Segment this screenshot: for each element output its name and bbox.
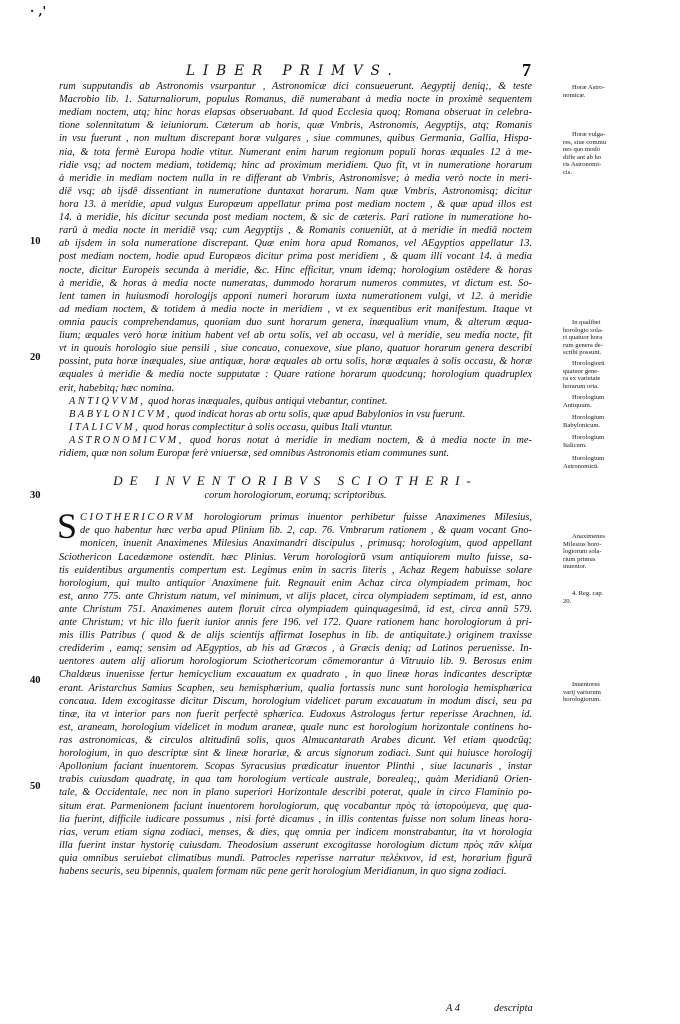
text-line: à meridie, & horas à media nocte numerat… (59, 277, 532, 290)
margin-note-line: nomicæ. (563, 92, 629, 100)
horologium-kinds-list: ANTIQVVM, quod horas inæquales, quibus a… (59, 395, 532, 447)
text-line: lent tamen in huiusmodi horologijs appon… (59, 290, 532, 303)
text-line: Macrobio lib. 1. Saturnaliorum, populus … (59, 93, 532, 106)
text-line: rarū à media nocte in meridiē vsq; cum A… (59, 224, 532, 237)
margin-note-line: Antiquum. (563, 402, 629, 410)
section-hours-text: rum supputandis ab Astronomis vsurpantur… (59, 80, 532, 395)
text-line: nocte, dicitur Europeis secunda à meridi… (59, 264, 532, 277)
margin-note-line: varij variorum (563, 689, 629, 697)
margin-note-line: 20. (563, 598, 629, 606)
text-line: ridie vsq; ad noctem mediam, totidemq; h… (59, 159, 532, 172)
text-line: concaua. Idem excogitasse dicitur Discum… (59, 695, 532, 708)
text-line: uentores autem alij aliorum horologiorum… (59, 655, 532, 668)
margin-note: Inuentoresvarij variorumhorologiorum. (563, 681, 629, 704)
margin-note-line: rum genera de- (563, 342, 629, 350)
margin-note-line: cis. (563, 169, 629, 177)
text-line: nia, & tota fermè Europa hodie vtitur. N… (59, 146, 532, 159)
margin-note-line: Horologium (563, 434, 629, 442)
text-line: tione solennitatum & ieiuniorum. Cæterum… (59, 119, 532, 132)
margin-note-line: In qualibet (563, 319, 629, 327)
margin-note: In qualibethorologio sola-ri quatuor hor… (563, 319, 629, 357)
text-line: Sciothericon Lacedæmone ostendit. hæc Pl… (59, 551, 532, 564)
margin-note-line: res, siue commu (563, 139, 629, 147)
text-line: de quo habentur hæc verba apud Plinium l… (80, 524, 532, 537)
margin-note-line: Inuentores (563, 681, 629, 689)
margin-note-line: horologiorum. (563, 696, 629, 704)
horologium-kind-name: BABYLONICVM, (69, 409, 172, 420)
line-number: 50 (30, 781, 41, 792)
text-line: possint, puta horæ inæquales, siue antiq… (59, 355, 532, 368)
line-number: 20 (30, 352, 41, 363)
text-line: diē vsq; ab ijsdē dissentiant in numerat… (59, 185, 532, 198)
margin-note: HorologiumBabylonicum. (563, 414, 629, 429)
text-line: lium; æquales verò horæ initium habent v… (59, 329, 532, 342)
text-line: tis euidentibus argumentis compertum est… (59, 564, 532, 577)
drop-cap: S (57, 513, 77, 539)
text-line: mediam noctem, atq; hinc horas elapsas o… (59, 106, 532, 119)
margin-note-line: rium primus (563, 556, 629, 564)
margin-note-line: Italicum. (563, 442, 629, 450)
section-inventors-text: S CIOTHERICORVM horologiorum primus inue… (59, 511, 532, 878)
horologium-kind-item: ANTIQVVM, quod horas inæquales, quibus a… (59, 395, 532, 408)
horologium-kind-description: quod horas complectitur à solis occasu, … (143, 422, 393, 433)
margin-note-line: Horologiorū (563, 360, 629, 368)
margin-note-line: horarum orta. (563, 383, 629, 391)
margin-note-line: diffe ant ab ho (563, 154, 629, 162)
margin-note-line: scribi possunt. (563, 349, 629, 357)
text-line: Chaldæus inuenisse fertur hemicyclium ex… (59, 668, 532, 681)
catchword: descripta (494, 1003, 533, 1014)
text-line: æquales à meridie & media nocte supputat… (59, 368, 532, 381)
margin-note-line: Horologium (563, 414, 629, 422)
text-line: post mediam noctem, hodie apud Europæos … (59, 250, 532, 263)
text-line: erant. Aristarchus Samius Scaphen, seu h… (59, 682, 532, 695)
margin-note: Horæ vulga-res, siue communes quo mododi… (563, 131, 629, 177)
text-line: ad mediam noctem, & totidem à media noct… (59, 303, 532, 316)
text-line: est, araneam, horologium videlicet in mo… (59, 721, 532, 734)
horologium-kind-item: ITALICVM, quod horas complectitur à soli… (59, 421, 532, 434)
margin-note-line: ris Astronomi- (563, 161, 629, 169)
margin-note-line: ra ex varietate (563, 375, 629, 383)
horologium-kind-name: ANTIQVVM, (69, 396, 145, 407)
margin-note-line: Horologium (563, 394, 629, 402)
signature-mark: A 4 (446, 1003, 460, 1014)
horologium-kind-name: ITALICVM, (69, 422, 140, 433)
margin-note-line: inuentor. (563, 563, 629, 571)
text-line: horologium, in quo descriptæ sint & line… (59, 747, 532, 760)
margin-note-line: horologio sola- (563, 327, 629, 335)
text-line: ante Christum; vt hic illo fuerit iunior… (59, 616, 532, 629)
section-heading: DE INVENTORIBVS SCIOTHERI- corum horolog… (59, 473, 532, 503)
text-line: hora 13. à meridie, apud vulgus Europæum… (59, 198, 532, 211)
margin-note-line: 4. Reg. cap. (563, 590, 629, 598)
line-number: 40 (30, 675, 41, 686)
margin-note-line: ri quatuor hora (563, 334, 629, 342)
section-heading-title: DE INVENTORIBVS SCIOTHERI- (59, 473, 532, 489)
running-head: LIBER PRIMVS. (186, 63, 400, 79)
text-line: 14. à meridie, his dicitur secunda post … (59, 211, 532, 224)
horologium-kind-description: quod horas notat à meridie in mediam noc… (190, 435, 532, 446)
margin-note-line: quatuor gene- (563, 368, 629, 376)
margin-note-line: nes quo modo (563, 146, 629, 154)
margin-note-line: Horologium (563, 455, 629, 463)
margin-note-line: Anaximenes (563, 533, 629, 541)
margin-note: AnaximenesMilesius horo-logiorum sola-ri… (563, 533, 629, 571)
margin-note-line: logiorum sola- (563, 548, 629, 556)
text-line: omnia paucis comprehendamus, quoniam duo… (59, 316, 532, 329)
text-line: ras astronomicas, & circulos altitudinū … (59, 734, 532, 747)
text-line: habens securis, seu bipennis, qualem for… (59, 865, 532, 878)
text-line: quia omnibus seruiebat climatibus mundi.… (59, 852, 532, 865)
margin-note: Horæ Astro-nomicæ. (563, 84, 629, 99)
horologium-kind-item: BABYLONICVM, quod indicat horas ab ortu … (59, 408, 532, 421)
horologium-kind-item: ASTRONOMICVM, quod horas notat à meridie… (59, 434, 532, 447)
text-line: lia fuerint, difficile iudicare possumus… (59, 813, 532, 826)
text-line: mis illis Patribus ( quod & de alijs sci… (59, 629, 532, 642)
text-line: Apollonium faciant inuentorem. Scopas Sy… (59, 760, 532, 773)
line-number: 30 (30, 490, 41, 501)
book-page: · ,' LIBER PRIMVS. 7 1020304050 rum supp… (0, 0, 680, 1024)
text-line: in vsu fuerunt , non multum discrepant h… (59, 132, 532, 145)
text-line: monicen, inuenit Anaximenes Milesius Ana… (80, 537, 532, 550)
text-line: trabis cuiusdam quadratę, in qua tam hor… (59, 773, 532, 786)
margin-note-line: Babylonicum. (563, 422, 629, 430)
text-line: CIOTHERICORVM horologiorum primus inuent… (80, 511, 532, 524)
text-line: rum supputandis ab Astronomis vsurpantur… (59, 80, 532, 93)
ink-specks: · ,' (30, 4, 46, 18)
text-line: crediderim , eamq; sensim ad AEgyptios, … (59, 642, 532, 655)
main-text-column: rum supputandis ab Astronomis vsurpantur… (59, 80, 532, 878)
text-line: est, anno 775. ante Christum natum, vel … (59, 590, 532, 603)
first-word-caps: CIOTHERICORVM (80, 512, 195, 523)
horologium-kind-name: ASTRONOMICVM, (69, 435, 184, 446)
text-line: tale, & Occidentale, nec non in plano su… (59, 786, 532, 799)
kinds-tail-line: ridiem, quæ non solum Europæ ferè vniuer… (59, 447, 532, 460)
text-line: à meridie in mediam noctem nulla in re d… (59, 172, 532, 185)
margin-note: Horologiorūquatuor gene-ra ex varietateh… (563, 360, 629, 390)
text-line: vt in quouis horologio siue pensili , si… (59, 342, 532, 355)
text-line: erit, habebitq; hæc nomina. (59, 382, 532, 395)
text-line: tinæ, ita vt interior pars non fuerit pe… (59, 708, 532, 721)
margin-note-line: Horæ vulga- (563, 131, 629, 139)
margin-note: HorologiumAntiquum. (563, 394, 629, 409)
margin-note: 4. Reg. cap.20. (563, 590, 629, 605)
text-line: illa fuerint instar hystorię cuiusdam. T… (59, 839, 532, 852)
text-line: rias, verum etiam signa zodiaci, menses,… (59, 826, 532, 839)
margin-note: HorologiumItalicum. (563, 434, 629, 449)
margin-note-line: Horæ Astro- (563, 84, 629, 92)
text-line: ante Christum 751. Anaximenes autem flor… (59, 603, 532, 616)
horologium-kind-description: quod indicat horas ab ortu solis, quæ ap… (175, 409, 466, 420)
text-line: situm erat. Parmenionem faciunt inuentor… (59, 800, 532, 813)
page-number: 7 (522, 60, 531, 81)
margin-note-line: Astronomicū. (563, 463, 629, 471)
horologium-kind-description: quod horas inæquales, quibus antiqui vte… (148, 396, 387, 407)
margin-note: HorologiumAstronomicū. (563, 455, 629, 470)
text-line: ab ijsdem in sola numeratione discrepant… (59, 237, 532, 250)
section-heading-subtitle: corum horologiorum, eorumq; scriptoribus… (59, 489, 532, 503)
text-line: horologium, qui multo antiquior Anaximen… (59, 577, 532, 590)
line-number: 10 (30, 236, 41, 247)
margin-note-line: Milesius horo- (563, 541, 629, 549)
